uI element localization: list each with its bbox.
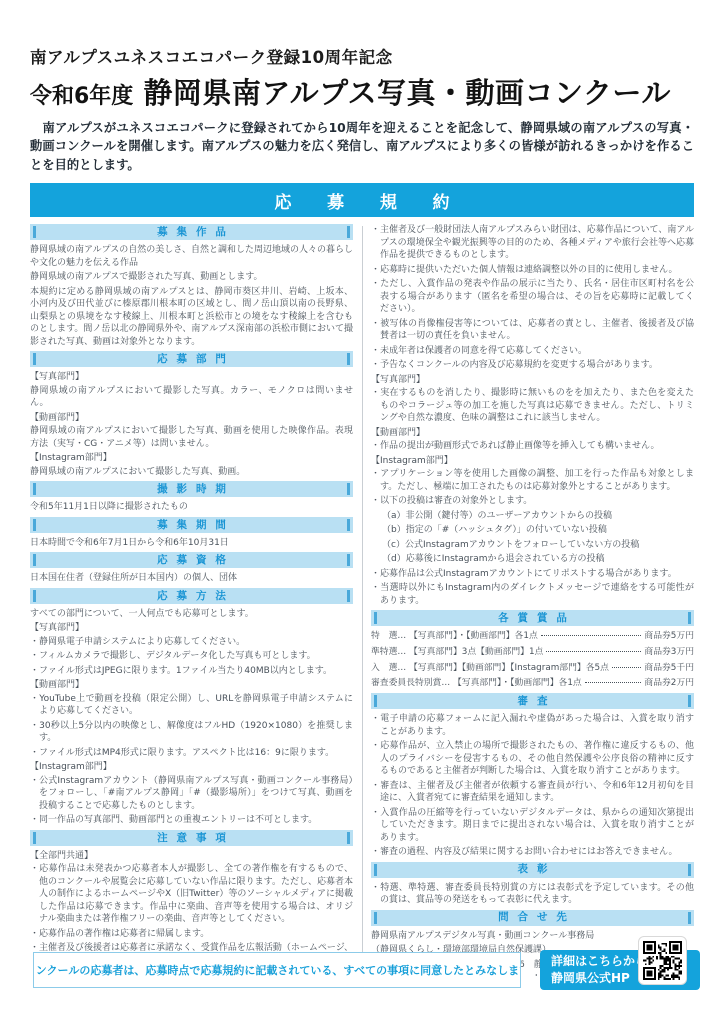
terms-body: 募集作品静岡県域の南アルプスの自然の美しさ、自然と調和した周辺地域の人々の暮らし… [30, 224, 694, 976]
paragraph: 静岡県域の南アルプスにおいて撮影した写真、動画を使用した映像作品。表現方法（実写… [30, 425, 353, 450]
bullet-item: ・同一作品の写真部門、動画部門との重複エントリーは不可とします。 [30, 814, 353, 827]
paragraph: すべての部門について、一人何点でも応募可とします。 [30, 608, 353, 621]
bullet-item: ・予告なくコンクールの内容及び応募規約を変更する場合があります。 [371, 359, 694, 372]
prize-row: 特 選… 【写真部門】・【動画部門】各1点商品券5万円 [371, 630, 694, 642]
dotted-leader [541, 635, 642, 636]
prize-award: 商品券5千円 [644, 662, 694, 674]
band-edge-bar [33, 226, 36, 238]
prize-label: 入 選… 【写真部門】【動画部門】【Instagram部門】各5点 [371, 662, 609, 674]
section-heading: 応募方法 [148, 589, 235, 604]
section-heading: 応募部門 [148, 352, 235, 367]
bullet-item: ・作品の提出が動画形式であれば静止画像等を挿入しても構いません。 [371, 440, 694, 453]
event-tag: 南アルプスユネスコエコパーク登録10周年記念 [30, 44, 694, 68]
intro-paragraph: 南アルプスがユネスコエコパークに登録されてから10周年を迎えることを記念して、静… [30, 119, 694, 174]
band-edge-bar [347, 353, 350, 365]
band-edge-bar [33, 483, 36, 495]
terms-right-column: ・主催者及び一般財団法人南アルプスみらい財団は、応募作品について、南アルプスの環… [371, 224, 694, 976]
dotted-leader [612, 667, 642, 668]
bullet-item: ・応募作品の著作権は応募者に帰属します。 [30, 928, 353, 941]
band-edge-bar [688, 695, 691, 707]
dotted-leader [585, 682, 642, 683]
bullet-item: ・審査は、主催者及び主催者が依頼する審査員が行い、令和6年12月初旬を目途に、入… [371, 780, 694, 805]
paragraph: 日本国在住者（登録住所が日本国内）の個人、団体 [30, 572, 353, 585]
section-heading: 募集作品 [148, 225, 235, 240]
band-edge-bar [374, 864, 377, 876]
section-heading-band: 募集作品 [30, 224, 353, 240]
section-heading-band: 募集期間 [30, 517, 353, 533]
paragraph: 本規約に定める静岡県域の南アルプスとは、静岡市葵区井川、岩崎、上坂本、小河内及び… [30, 286, 353, 349]
bullet-item: ・以下の投稿は審査の対象外とします。 [371, 495, 694, 508]
band-edge-bar [33, 554, 36, 566]
sub-item: （b）指定の「#（ハッシュタグ）」の付いていない投稿 [371, 524, 694, 537]
band-edge-bar [347, 832, 350, 844]
contest-poster: 南アルプスユネスコエコパーク登録10周年記念 令和6年度 静岡県南アルプス写真・… [0, 0, 724, 1024]
sub-item: （d）応募後にInstagramから退会されている方の投稿 [371, 553, 694, 566]
band-edge-bar [688, 864, 691, 876]
category-label: 【動画部門】 [371, 427, 694, 440]
terms-left-column: 募集作品静岡県域の南アルプスの自然の美しさ、自然と調和した周辺地域の人々の暮らし… [30, 224, 353, 976]
band-edge-bar [688, 612, 691, 624]
title-main: 静岡県南アルプス写真・動画コンクール [143, 71, 671, 112]
bullet-item: ・特選、準特選、審査委員長特別賞の方には表彰式を予定しています。その他の賞は、賞… [371, 882, 694, 907]
band-edge-bar [33, 590, 36, 602]
band-edge-bar [33, 832, 36, 844]
band-edge-bar [347, 226, 350, 238]
section-heading-band: 審査 [371, 693, 694, 709]
bullet-item: ・30秒以上5分以内の映像とし、解像度はフルHD（1920×1080）を推奨しま… [30, 720, 353, 745]
paragraph: 日本時間で令和6年7月1日から令和6年10月31日 [30, 537, 353, 550]
band-edge-bar [374, 612, 377, 624]
bullet-item: ・ただし、入賞作品の発表や作品の展示に当たり、氏名・居住市区町村名を公表する場合… [371, 278, 694, 316]
section-heading-band: 表彰 [371, 862, 694, 878]
section-heading: 注意事項 [148, 831, 235, 846]
category-label: 【Instagram部門】 [30, 452, 353, 465]
band-edge-bar [688, 912, 691, 924]
category-label: 【全部門共通】 [30, 850, 353, 863]
category-label: 【Instagram部門】 [30, 761, 353, 774]
band-edge-bar [347, 554, 350, 566]
bullet-item: ・被写体の肖像権侵害等については、応募者の責とし、主催者、後援者及び協賛者は一切… [371, 318, 694, 343]
paragraph: 静岡県域の南アルプスで撮影された写真、動画とします。 [30, 271, 353, 284]
prize-row: 審査委員長特別賞… 【写真部門】・【動画部門】各1点商品券2万円 [371, 677, 694, 689]
bullet-item: ・応募時に提供いただいた個人情報は連絡調整以外の目的に使用しません。 [371, 264, 694, 277]
bullet-item: ・アプリケーション等を使用した画像の調整、加工を行った作品も対象とします。ただし… [371, 468, 694, 493]
section-heading: 応募資格 [148, 553, 235, 568]
sub-item: （c）公式Instagramアカウントをフォローしていない方の投稿 [371, 539, 694, 552]
paragraph: 令和5年11月1日以降に撮影されたもの [30, 501, 353, 514]
bullet-item: ・未成年者は保護者の同意を得て応募してください。 [371, 345, 694, 358]
qr-code [638, 936, 687, 985]
category-label: 【写真部門】 [30, 371, 353, 384]
section-heading-band: 応募資格 [30, 552, 353, 568]
paragraph: 静岡県域の南アルプスにおいて撮影した写真、動画。 [30, 466, 353, 479]
bullet-item: ・応募作品は公式Instagramアカウントにてリポストする場合があります。 [371, 568, 694, 581]
band-edge-bar [347, 483, 350, 495]
bullet-item: ・フィルムカメラで撮影し、デジタルデータ化した写真も可とします。 [30, 650, 353, 663]
terms-banner: 応募規約 [30, 183, 694, 217]
bullet-item: ・主催者及び一般財団法人南アルプスみらい財団は、応募作品について、南アルプスの環… [371, 224, 694, 262]
bullet-item: ・静岡県電子申請システムにより応募してください。 [30, 636, 353, 649]
bullet-item: ・審査の過程、内容及び結果に関するお問い合わせにはお答えできません。 [371, 846, 694, 859]
prize-award: 商品券3万円 [644, 646, 694, 658]
band-edge-bar [347, 519, 350, 531]
prize-row: 入 選… 【写真部門】【動画部門】【Instagram部門】各5点商品券5千円 [371, 662, 694, 674]
prize-label: 準特選… 【写真部門】3点【動画部門】1点 [371, 646, 543, 658]
section-heading: 撮影時期 [148, 482, 235, 497]
section-heading: 審査 [509, 694, 557, 709]
category-label: 【写真部門】 [30, 622, 353, 635]
bullet-item: ・YouTube上で動画を投稿（限定公開）し、URLを静岡県電子申請システムによ… [30, 693, 353, 718]
section-heading-band: 撮影時期 [30, 481, 353, 497]
category-label: 【動画部門】 [30, 679, 353, 692]
agreement-notice: 本コンクールの応募者は、応募時点で応募規約に記載されている、すべての事項に同意し… [33, 952, 521, 988]
title-year-prefix: 令和6年度 [30, 79, 133, 110]
bullet-item: ・応募作品が、立入禁止の場所で撮影されたもの、著作権に違反するもの、他人のプライ… [371, 740, 694, 778]
dotted-leader [546, 651, 641, 652]
bullet-item: ・ファイル形式はMP4形式に限ります。アスペクト比は16：9に限ります。 [30, 747, 353, 760]
band-edge-bar [374, 912, 377, 924]
bullet-item: ・電子申請の応募フォームに記入漏れや虚偽があった場合は、入賞を取り消すことがあり… [371, 713, 694, 738]
bullet-item: ・実在するものを消したり、撮影時に無いものをを加えたり、また色を変えたものやコラ… [371, 387, 694, 425]
section-heading: 問合せ先 [489, 910, 576, 925]
page-title: 令和6年度 静岡県南アルプス写真・動画コンクール [30, 71, 694, 112]
section-heading-band: 注意事項 [30, 830, 353, 846]
prize-award: 商品券5万円 [644, 630, 694, 642]
poster-header: 南アルプスユネスコエコパーク登録10周年記念 令和6年度 静岡県南アルプス写真・… [30, 44, 694, 112]
band-edge-bar [33, 353, 36, 365]
bullet-item: ・応募作品は未発表かつ応募者本人が撮影し、全ての著作権を有するもので、他のコンク… [30, 863, 353, 926]
column-divider [362, 226, 363, 970]
band-edge-bar [374, 695, 377, 707]
prize-award: 商品券2万円 [644, 677, 694, 689]
bullet-item: ・当選時以外にもInstagram内のダイレクトメッセージで連絡をする可能性があ… [371, 582, 694, 607]
category-label: 【写真部門】 [371, 374, 694, 387]
band-edge-bar [33, 519, 36, 531]
prize-label: 審査委員長特別賞… 【写真部門】・【動画部門】各1点 [371, 677, 582, 689]
section-heading-band: 応募方法 [30, 588, 353, 604]
sub-item: （a）非公開（鍵付等）のユーザーアカウントからの投稿 [371, 510, 694, 523]
prize-row: 準特選… 【写真部門】3点【動画部門】1点商品券3万円 [371, 646, 694, 658]
section-heading-band: 応募部門 [30, 351, 353, 367]
section-heading: 各賞賞品 [489, 611, 576, 626]
category-label: 【Instagram部門】 [371, 455, 694, 468]
category-label: 【動画部門】 [30, 412, 353, 425]
bullet-item: ・入賞作品の圧縮等を行っていないデジタルデータは、県からの通知次第提出していただ… [371, 807, 694, 845]
band-edge-bar [347, 590, 350, 602]
paragraph: 静岡県域の南アルプスの自然の美しさ、自然と調和した周辺地域の人々の暮らしや文化の… [30, 244, 353, 269]
paragraph: 静岡県域の南アルプスにおいて撮影した写真。カラー、モノクロは問いません。 [30, 385, 353, 410]
section-heading-band: 問合せ先 [371, 910, 694, 926]
section-heading: 募集期間 [148, 518, 235, 533]
bullet-item: ・ファイル形式はJPEGに限ります。1ファイル当たり40MB以内とします。 [30, 665, 353, 678]
section-heading-band: 各賞賞品 [371, 610, 694, 626]
bullet-item: ・公式Instagramアカウント（静岡県南アルプス写真・動画コンクール事務局）… [30, 775, 353, 813]
prize-label: 特 選… 【写真部門】・【動画部門】各1点 [371, 630, 538, 642]
section-heading: 表彰 [509, 862, 557, 877]
